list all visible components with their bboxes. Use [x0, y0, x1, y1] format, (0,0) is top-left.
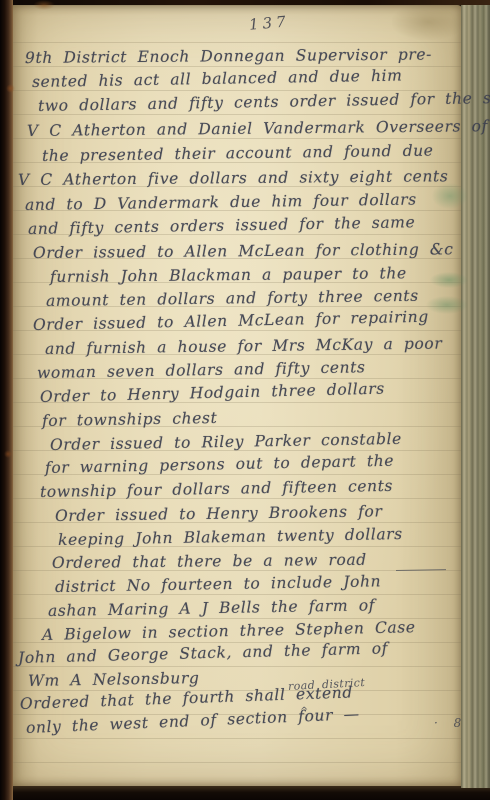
scanned-book-page: 137 9th District Enoch Donnegan Supervis…: [0, 0, 490, 800]
foxing-spot: [4, 450, 12, 458]
corner-shading: [392, 4, 464, 40]
foxing-spot: [6, 84, 15, 93]
handwritten-line: Ordered that there be a new road: [52, 550, 367, 573]
green-ink-stain: [426, 296, 468, 314]
green-ink-stain: [430, 272, 468, 288]
handwritten-line: 9th District Enoch Donnegan Supervisor p…: [25, 44, 432, 68]
handwritten-line: for townships chest: [42, 408, 218, 431]
handwritten-line: V C Atherton five dollars and sixty eigh…: [18, 166, 449, 190]
green-ink-stain: [432, 183, 468, 209]
page-number: 137: [248, 12, 290, 33]
handwritten-line: Wm A Nelsonsburg: [28, 668, 200, 691]
stain: [33, 0, 55, 10]
insertion-caret: ^: [300, 706, 308, 717]
book-binding: [0, 0, 13, 800]
marginal-ink-marks: · 8: [434, 716, 467, 730]
handwritten-line: furnish John Blackman a pauper to the: [50, 263, 407, 287]
handwritten-line: Order issued to Allen McLean for clothin…: [33, 239, 454, 263]
book-bottom-edge: [0, 786, 490, 800]
